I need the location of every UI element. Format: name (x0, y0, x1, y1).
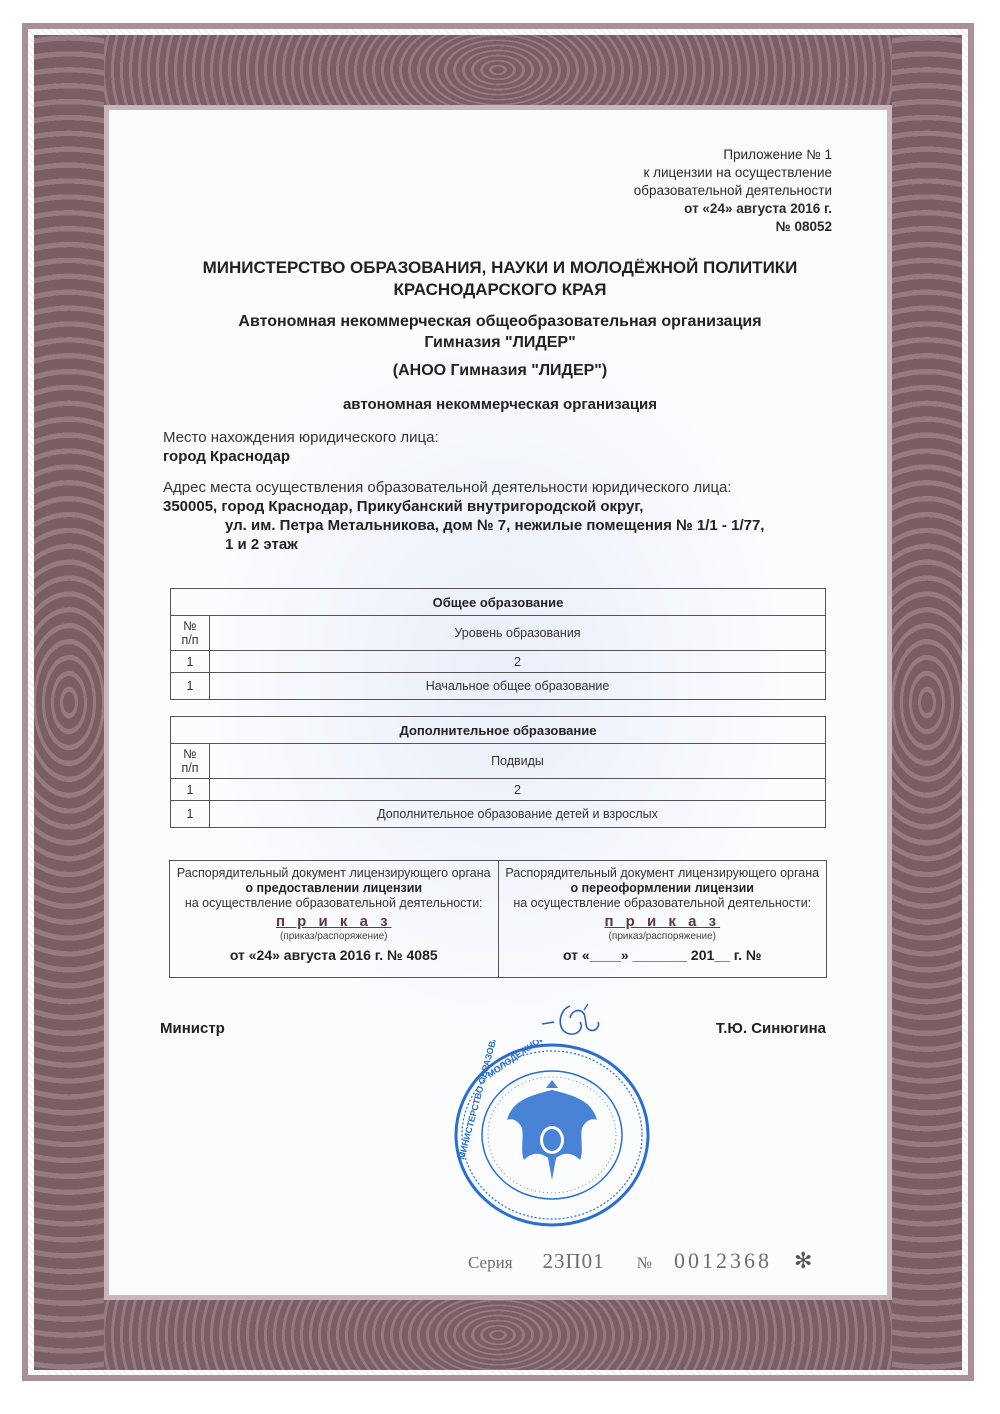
row-value: Начальное общее образование (210, 673, 826, 700)
header-number-abbr: п/п (175, 761, 205, 775)
column-header-level: Уровень образования (210, 616, 826, 651)
document-date: от «____» _______ 201__ г. № (499, 948, 827, 963)
location-section: Место нахождения юридического лица: горо… (163, 428, 843, 466)
table-title: Общее образование (171, 589, 826, 616)
appendix-date: от «24» августа 2016 г. (634, 200, 832, 218)
activity-address-label: Адрес места осуществления образовательно… (163, 478, 843, 497)
document-reissue: Распорядительный документ лицензирующего… (498, 861, 827, 977)
issuer-line1: МИНИСТЕРСТВО ОБРАЗОВАНИЯ, НАУКИ И МОЛОДЁ… (150, 257, 850, 279)
document-line3: на осуществление образовательной деятель… (170, 896, 498, 911)
signature-icon (540, 1000, 610, 1040)
signatory-position: Министр (160, 1020, 225, 1037)
location-label: Место нахождения юридического лица: (163, 428, 843, 447)
document-line3: на осуществление образовательной деятель… (499, 896, 827, 911)
column-header-number: № п/п (171, 616, 210, 651)
signatory-name: Т.Ю. Синюгина (716, 1020, 826, 1037)
form-number-value: 0012368 (674, 1248, 772, 1274)
organization-name-line1: Автономная некоммерческая общеобразовате… (150, 311, 850, 332)
organization-short-name: (АНОО Гимназия "ЛИДЕР") (150, 362, 850, 380)
table-row: 1 Начальное общее образование (171, 673, 826, 700)
row-number: 1 (171, 673, 210, 700)
document-line1: Распорядительный документ лицензирующего… (499, 866, 827, 881)
column-index-row: 1 2 (171, 651, 826, 673)
appendix-number: № 08052 (634, 218, 832, 236)
document-kind-hint: (приказ/распоряжение) (170, 929, 498, 944)
document-line2: о переоформлении лицензии (499, 881, 827, 896)
organization-full-name: Автономная некоммерческая общеобразовате… (150, 311, 850, 353)
series-label: Серия (468, 1253, 513, 1273)
activity-address-section: Адрес места осуществления образовательно… (163, 478, 843, 554)
issuer-title: МИНИСТЕРСТВО ОБРАЗОВАНИЯ, НАУКИ И МОЛОДЁ… (150, 257, 850, 301)
appendix-line2: к лицензии на осуществление (634, 164, 832, 182)
appendix-line1: Приложение № 1 (634, 146, 832, 164)
column-header-number: № п/п (171, 744, 210, 779)
document-kind-hint: (приказ/распоряжение) (499, 929, 827, 944)
appendix-line3: образовательной деятельности (634, 182, 832, 200)
document-kind: п р и к а з (170, 914, 498, 929)
index-cell: 1 (171, 651, 210, 673)
general-education-table: Общее образование № п/п Уровень образова… (170, 588, 826, 700)
licensing-documents: Распорядительный документ лицензирующего… (169, 860, 827, 978)
column-header-subtypes: Подвиды (210, 744, 826, 779)
header-number-symbol: № (175, 619, 205, 633)
document-line2: о предоставлении лицензии (170, 881, 498, 896)
additional-education-table: Дополнительное образование № п/п Подвиды… (170, 716, 826, 828)
row-value: Дополнительное образование детей и взрос… (210, 801, 826, 828)
organization-name-line2: Гимназия "ЛИДЕР" (150, 332, 850, 353)
document-line1: Распорядительный документ лицензирующего… (170, 866, 498, 881)
header-number-symbol: № (175, 747, 205, 761)
table-title: Дополнительное образование (171, 717, 826, 744)
location-value: город Краснодар (163, 447, 843, 466)
row-number: 1 (171, 801, 210, 828)
column-index-row: 1 2 (171, 779, 826, 801)
index-cell: 2 (210, 651, 826, 673)
table-row: 1 Дополнительное образование детей и взр… (171, 801, 826, 828)
index-cell: 1 (171, 779, 210, 801)
document-date: от «24» августа 2016 г. № 4085 (170, 948, 498, 963)
series-value: 23П01 (543, 1249, 605, 1274)
asterisk-mark-icon: ✻ (794, 1248, 812, 1274)
form-number-label: № (637, 1255, 652, 1273)
activity-address-line3: 1 и 2 этаж (163, 535, 843, 554)
header-number-abbr: п/п (175, 633, 205, 647)
organization-type: автономная некоммерческая организация (150, 396, 850, 413)
activity-address-line1: 350005, город Краснодар, Прикубанский вн… (163, 497, 843, 516)
document-grant: Распорядительный документ лицензирующего… (170, 861, 498, 977)
official-seal-icon: МОЛОДЁЖНОЙ ПОЛИТИКИ МИНИСТЕРСТВО ОБРАЗОВ… (452, 1040, 652, 1230)
activity-address-line2: ул. им. Петра Метальникова, дом № 7, неж… (163, 516, 843, 535)
index-cell: 2 (210, 779, 826, 801)
document-content: Приложение № 1 к лицензии на осуществлен… (0, 0, 1000, 1414)
document-kind: п р и к а з (499, 914, 827, 929)
form-series: Серия 23П01 № 0012368 ✻ (468, 1248, 812, 1274)
issuer-line2: КРАСНОДАРСКОГО КРАЯ (150, 279, 850, 301)
appendix-reference: Приложение № 1 к лицензии на осуществлен… (634, 146, 832, 236)
